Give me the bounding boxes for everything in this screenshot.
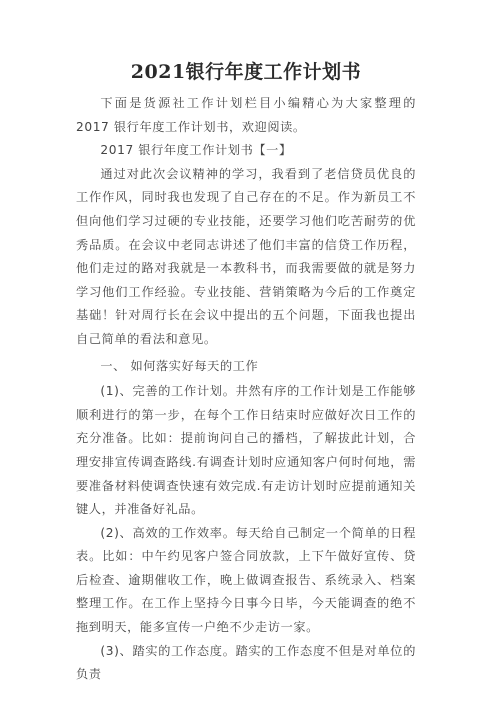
- plan-subheading: 2017 银行年度工作计划书【一】: [76, 139, 416, 163]
- intro-paragraph: 下面是货源社工作计划栏目小编精心为大家整理的 2017 银行年度工作计划书，欢迎…: [76, 92, 416, 139]
- document-title: 2021银行年度工作计划书: [76, 58, 416, 86]
- document-page: 2021银行年度工作计划书 下面是货源社工作计划栏目小编精心为大家整理的 201…: [76, 58, 416, 687]
- body-paragraph: (1)、完善的工作计划。井然有序的工作计划是工作能够顺利进行的第一步，在每个工作…: [76, 380, 416, 522]
- body-paragraph: (2)、高效的工作效率。每天给自己制定一个简单的日程表。比如：中午约见客户签合同…: [76, 522, 416, 640]
- body-paragraph: 通过对此次会议精神的学习，我看到了老信贷员优良的工作作风，同时我也发现了自己存在…: [76, 163, 416, 352]
- section-heading: 一、 如何落实好每天的工作: [76, 355, 416, 379]
- body-paragraph: (3)、踏实的工作态度。踏实的工作态度不但是对单位的负责: [76, 640, 416, 687]
